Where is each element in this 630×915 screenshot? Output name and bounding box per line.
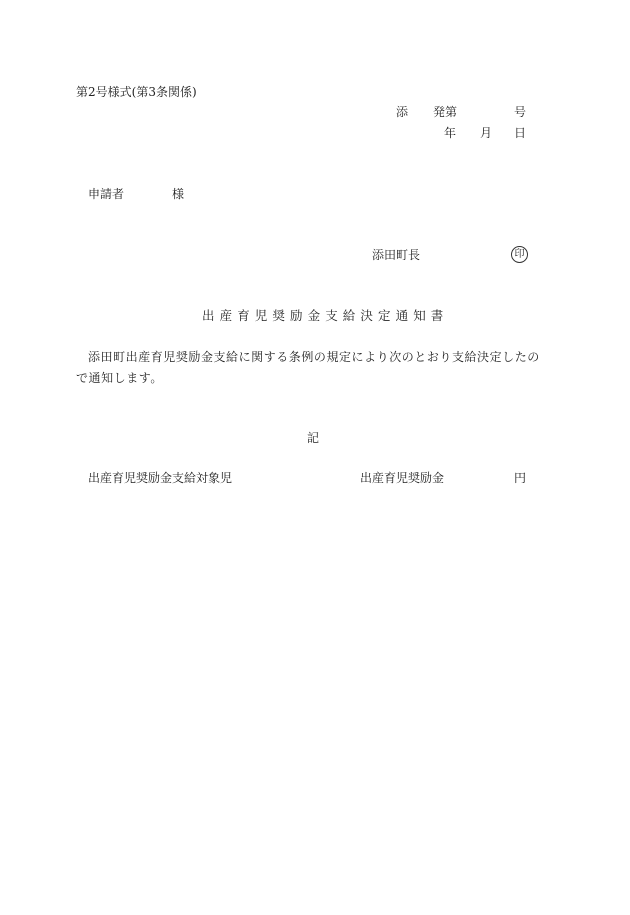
body-text: 添田町出産育児奨励金支給に関する条例の規定により次のとおり支給決定したので通知し… [76, 347, 552, 389]
target-child-label: 出産育児奨励金支給対象児 [88, 470, 232, 486]
amount-label: 出産育児奨励金 [360, 470, 444, 486]
document-title: 出産育児奨励金支給決定通知書 [202, 308, 448, 324]
date-month: 月 [480, 125, 492, 141]
date-year: 年 [444, 125, 456, 141]
reference-prefix: 添 [396, 104, 408, 120]
applicant-honorific: 様 [172, 186, 184, 202]
ki-marker: 記 [307, 430, 319, 446]
reference-middle: 発第 [433, 104, 457, 120]
date-day: 日 [514, 125, 526, 141]
seal-icon: 印 [511, 246, 528, 263]
document-page: 第2号様式(第3条関係) 添 発第 号 年 月 日 申請者 様 添田町長 印 出… [0, 0, 630, 915]
form-number: 第2号様式(第3条関係) [76, 84, 197, 100]
reference-suffix: 号 [514, 104, 526, 120]
issuer-title: 添田町長 [372, 247, 420, 263]
amount-unit: 円 [514, 470, 526, 486]
applicant-label: 申請者 [88, 186, 124, 202]
